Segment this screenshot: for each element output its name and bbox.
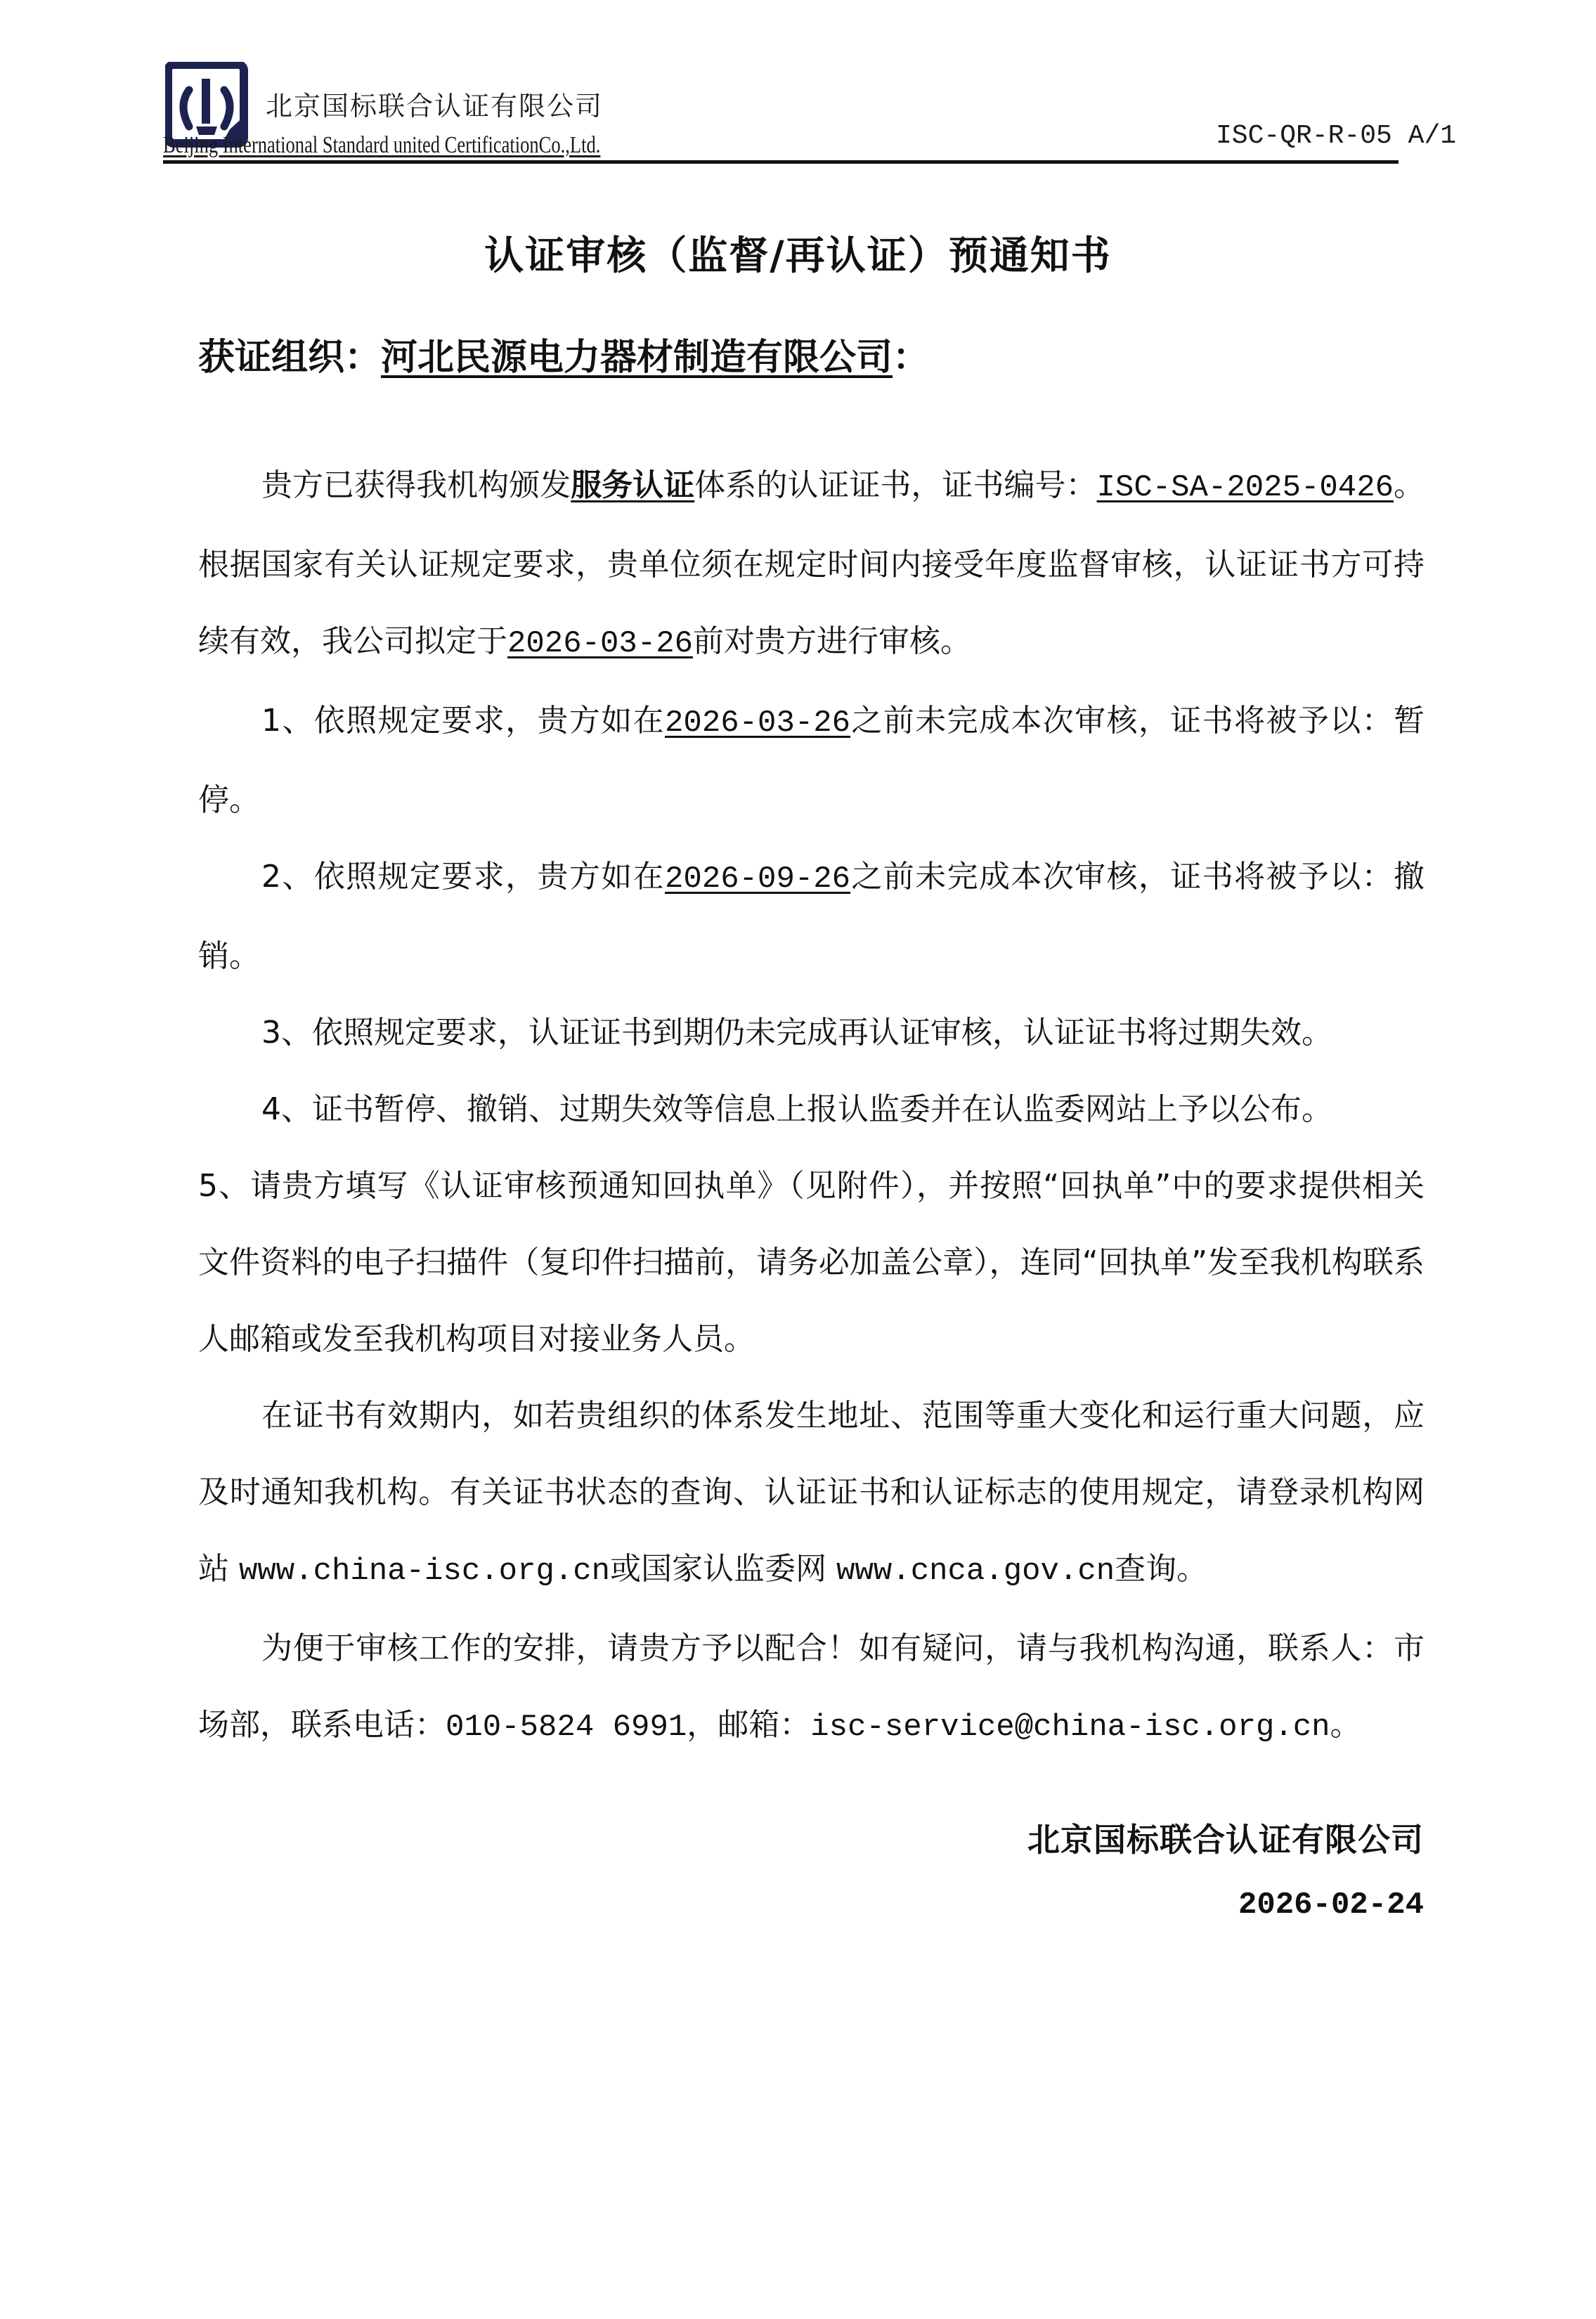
recipient-colon: ： — [893, 337, 929, 379]
paragraph-certificate: 贵方已获得我机构颁发服务认证体系的认证证书，证书编号：ISC-SA-2025-0… — [198, 447, 1425, 682]
company-name-en: Beijing International Standard united Ce… — [163, 132, 600, 159]
text: 1、依照规定要求，贵方如在 — [261, 703, 665, 739]
item-suspension: 1、依照规定要求，贵方如在2026-03-26之前未完成本次审核，证书将被予以：… — [198, 682, 1425, 838]
paragraph-validity: 在证书有效期内，如若贵组织的体系发生地址、范围等重大变化和运行重大问题，应及时通… — [198, 1377, 1425, 1610]
item-publication: 4、证书暂停、撤销、过期失效等信息上报认监委并在认监委网站上予以公布。 — [198, 1071, 1425, 1148]
revocation-date: 2026-09-26 — [665, 862, 850, 897]
website-link-cnca[interactable]: www.cnca.gov.cn — [836, 1554, 1115, 1589]
text: 体系的认证证书，证书编号： — [694, 467, 1096, 503]
recipient-line: 获证组织：河北民源电力器材制造有限公司： — [198, 327, 929, 380]
text: 查询。 — [1115, 1551, 1207, 1587]
certificate-number: ISC-SA-2025-0426 — [1097, 470, 1394, 505]
signature-date: 2026-02-24 — [1238, 1888, 1424, 1923]
page-title: 认证审核（监督/再认证）预通知书 — [0, 225, 1596, 281]
letter-body: 贵方已获得我机构颁发服务认证体系的认证证书，证书编号：ISC-SA-2025-0… — [198, 447, 1425, 1766]
item-expiry: 3、依照规定要求，认证证书到期仍未完成再认证审核，认证证书将过期失效。 — [198, 994, 1425, 1071]
document-code: ISC-QR-R-05 A/1 — [1216, 121, 1456, 151]
text: 2、依照规定要求，贵方如在 — [261, 859, 665, 895]
contact-email[interactable]: isc-service@china-isc.org.cn — [810, 1710, 1330, 1745]
recipient-org: 河北民源电力器材制造有限公司 — [381, 337, 893, 379]
item-revocation: 2、依照规定要求，贵方如在2026-09-26之前未完成本次审核，证书将被予以：… — [198, 838, 1425, 994]
text: 贵方已获得我机构颁发 — [261, 467, 571, 503]
item-receipt-form: 5、请贵方填写《认证审核预通知回执单》（见附件），并按照“回执单”中的要求提供相… — [198, 1148, 1425, 1377]
suspension-date: 2026-03-26 — [665, 706, 850, 741]
website-link-isc[interactable]: www.china-isc.org.cn — [239, 1554, 610, 1589]
signature-org: 北京国标联合认证有限公司 — [1027, 1814, 1424, 1861]
text: ，邮箱： — [687, 1707, 810, 1743]
header-divider — [163, 160, 1399, 164]
audit-deadline-date: 2026-03-26 — [507, 626, 693, 661]
text: 或国家认监委网 — [610, 1551, 836, 1587]
text: 前对贵方进行审核。 — [693, 623, 971, 659]
paragraph-contact: 为便于审核工作的安排，请贵方予以配合！如有疑问，请与我机构沟通，联系人：市场部，… — [198, 1610, 1425, 1766]
cert-type: 服务认证 — [571, 467, 694, 503]
company-name-cn: 北京国标联合认证有限公司 — [266, 84, 603, 123]
contact-phone: 010-5824 6991 — [446, 1710, 687, 1745]
text: 。 — [1330, 1707, 1361, 1743]
recipient-label: 获证组织： — [198, 337, 381, 379]
